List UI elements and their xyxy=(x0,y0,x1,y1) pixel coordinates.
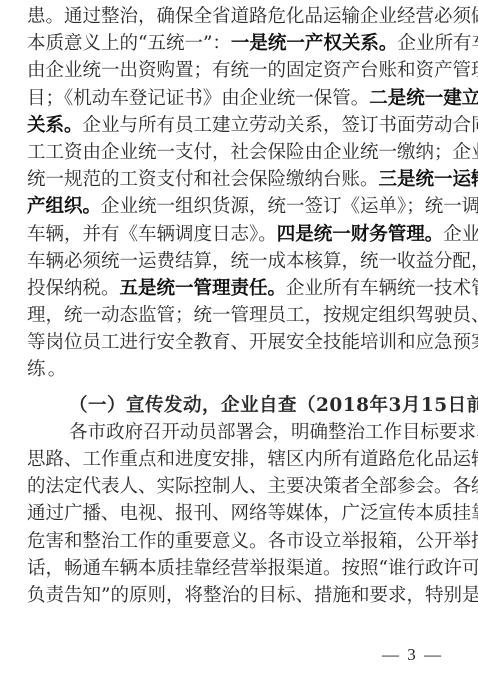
text-line: 负责告知”的原则，将整治的目标、措施和要求，特别是“被挂 xyxy=(27,582,447,609)
text-line: 等岗位员工进行安全教育、开展安全技能培训和应急预案演 xyxy=(27,329,447,356)
document-page: 患。通过整治，确保全省道路危化品运输企业经营必须做到 本质意义上的“五统一”：一… xyxy=(27,3,447,609)
text-segment: 企业所有车辆 xyxy=(397,33,478,54)
text-segment: 由企业统一出资购置；有统一的固定资产台账和资产管理科 xyxy=(27,60,478,81)
text-segment: 企业与所有员工建立劳动关系，签订书面劳动合同；员 xyxy=(83,115,478,136)
text-line: 患。通过整治，确保全省道路危化品运输企业经营必须做到 xyxy=(27,3,447,30)
paragraph-spacer xyxy=(27,384,447,392)
text-segment: 企业所有车辆统一技术管 xyxy=(286,278,478,299)
text-segment: 投保纳税。 xyxy=(27,278,120,299)
section-heading: （一）宣传发动，企业自查（2018年3月15日前） xyxy=(27,392,447,419)
text-segment: 车辆必须统一运费结算，统一成本核算，统一收益分配，统一 xyxy=(27,251,478,272)
page-number: — 3 — xyxy=(382,645,443,665)
text-segment: 企业所有 xyxy=(443,224,478,245)
text-segment: 车辆，并有《车辆调度日志》。 xyxy=(27,224,277,245)
text-segment: 统一规范的工资支付和社会保险缴纳台账。 xyxy=(27,169,379,190)
bold-point-1: 一是统一产权关系。 xyxy=(231,33,398,54)
text-line: 的法定代表人、实际控制人、主要决策者全部参会。各级政府 xyxy=(27,473,447,500)
text-segment: 工工资由企业统一支付，社会保险由企业统一缴纳；企业建立 xyxy=(27,142,478,163)
text-line: 目；《机动车登记证书》由企业统一保管。二是统一建立劳动 xyxy=(27,85,447,112)
bold-point-5: 五是统一管理责任。 xyxy=(120,278,287,299)
text-line: 本质意义上的“五统一”：一是统一产权关系。企业所有车辆 xyxy=(27,30,447,57)
text-line: 各市政府召开动员部署会，明确整治工作目标要求、总体 xyxy=(27,419,447,446)
text-segment: 本质意义上的“五统一”： xyxy=(27,33,231,54)
bold-point-4: 四是统一财务管理。 xyxy=(277,224,444,245)
text-line: 理，统一动态监管；统一管理员工，按规定组织驾驶员、押运员 xyxy=(27,302,447,329)
text-segment: 患。通过整治，确保全省道路危化品运输企业经营必须做到 xyxy=(27,6,478,27)
text-line: 车辆必须统一运费结算，统一成本核算，统一收益分配，统一 xyxy=(27,248,447,275)
text-line: 通过广播、电视、报刊、网络等媒体，广泛宣传本质挂靠经营的 xyxy=(27,500,447,527)
text-line: 产组织。企业统一组织货源，统一签订《运单》；统一调度安排 xyxy=(27,193,447,220)
text-segment: 练。 xyxy=(27,359,68,380)
text-line: 话，畅通车辆本质挂靠经营举报渠道。按照“谁行政许可、谁 xyxy=(27,555,447,582)
text-segment: 理，统一动态监管；统一管理员工，按规定组织驾驶员、押运员 xyxy=(27,305,478,326)
text-segment: 企业统一组织货源，统一签订《运单》；统一调度安排 xyxy=(101,196,478,217)
text-line: 思路、工作重点和进度安排，辖区内所有道路危化品运输企业 xyxy=(27,446,447,473)
bold-point-3-end: 产组织。 xyxy=(27,196,101,217)
text-line: 练。 xyxy=(27,356,447,383)
text-line: 危害和整治工作的重要意义。各市设立举报箱，公开举报电 xyxy=(27,528,447,555)
text-segment: 目；《机动车登记证书》由企业统一保管。 xyxy=(27,88,369,109)
text-line: 由企业统一出资购置；有统一的固定资产台账和资产管理科 xyxy=(27,57,447,84)
text-line: 关系。企业与所有员工建立劳动关系，签订书面劳动合同；员 xyxy=(27,112,447,139)
text-line: 工工资由企业统一支付，社会保险由企业统一缴纳；企业建立 xyxy=(27,139,447,166)
bold-point-3: 三是统一运输生 xyxy=(379,169,478,190)
text-segment: 等岗位员工进行安全教育、开展安全技能培训和应急预案演 xyxy=(27,332,478,353)
text-line: 统一规范的工资支付和社会保险缴纳台账。三是统一运输生 xyxy=(27,166,447,193)
bold-point-2: 二是统一建立劳动 xyxy=(369,88,478,109)
bold-point-2-end: 关系。 xyxy=(27,115,83,136)
text-line: 车辆，并有《车辆调度日志》。四是统一财务管理。企业所有 xyxy=(27,221,447,248)
text-line: 投保纳税。五是统一管理责任。企业所有车辆统一技术管 xyxy=(27,275,447,302)
